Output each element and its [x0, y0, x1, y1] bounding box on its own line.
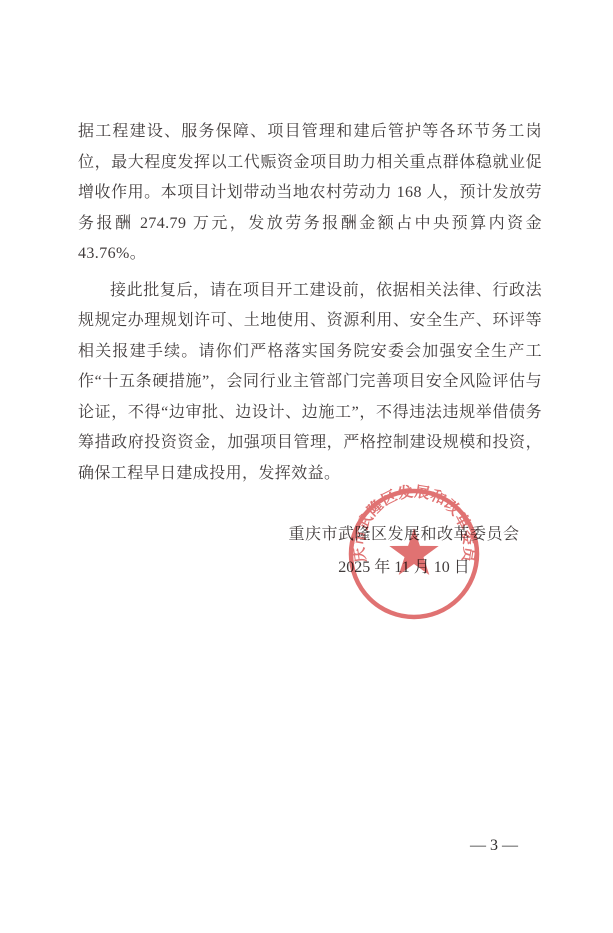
official-seal: 重庆市武隆区发展和改革委员会 — [344, 484, 484, 624]
star-icon — [389, 528, 438, 575]
body-paragraph-1: 据工程建设、服务保障、项目管理和建后管护等各环节务工岗位，最大程度发挥以工代赈资… — [78, 117, 542, 270]
body-paragraph-2: 接此批复后，请在项目开工建设前，依据相关法律、行政法规规定办理规划许可、土地使用… — [78, 276, 542, 490]
document-body: 据工程建设、服务保障、项目管理和建后管护等各环节务工岗位，最大程度发挥以工代赈资… — [78, 117, 542, 489]
scanned-document-page: 据工程建设、服务保障、项目管理和建后管护等各环节务工岗位，最大程度发挥以工代赈资… — [0, 0, 613, 933]
page-number: — 3 — — [449, 837, 539, 855]
